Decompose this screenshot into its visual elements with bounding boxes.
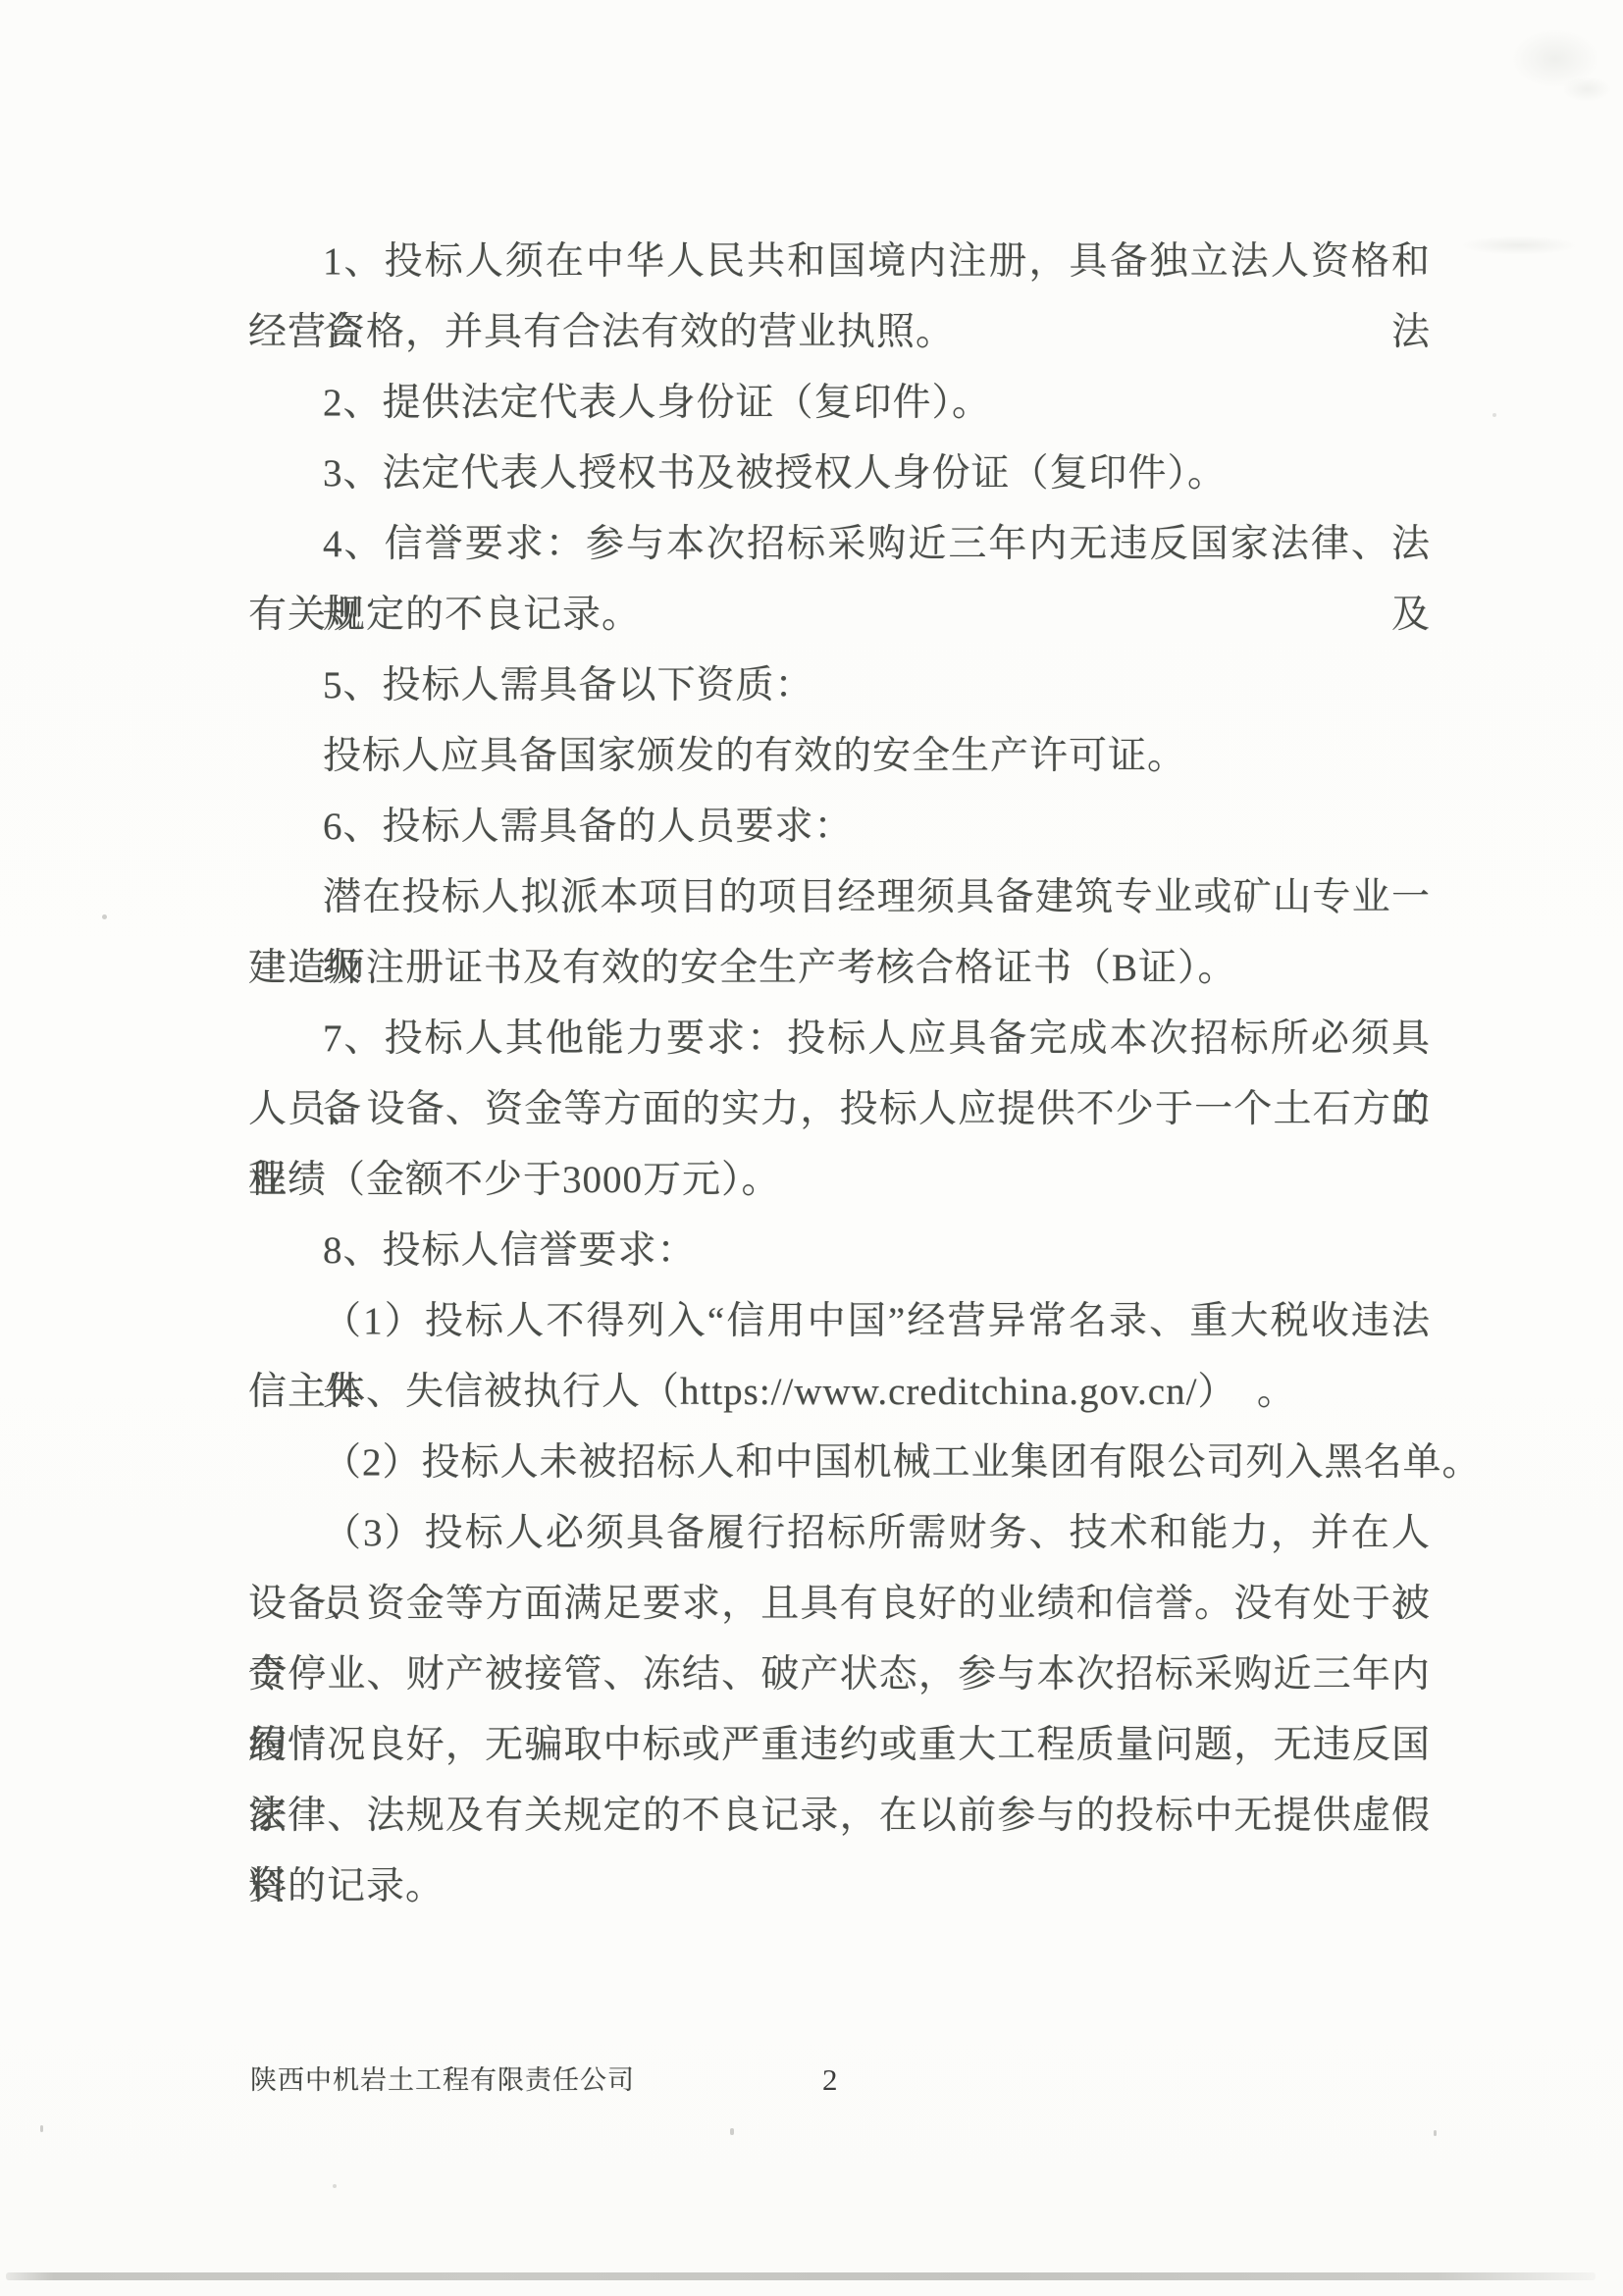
scan-speck [730,2128,734,2135]
text-line: （2）投标人未被招标人和中国机械工业集团有限公司列入黑名单。 [248,1428,1431,1498]
text-line: 令停业、财产被接管、冻结、破产状态，参与本次招标采购近三年内履 [248,1640,1431,1710]
document-body: 1、投标人须在中华人民共和国境内注册，具备独立法人资格和合法 经营资格，并具有合… [248,227,1431,1922]
page-footer: 陕西中机岩土工程有限责任公司 2 [0,2059,1623,2102]
footer-company-name: 陕西中机岩土工程有限责任公司 [250,2059,635,2102]
text-line: 5、投标人需具备以下资质： [248,651,1431,721]
scan-artifact-bottom-bar [6,2272,1596,2280]
text-line: 4、信誉要求：参与本次招标采购近三年内无违反国家法律、法规及 [248,509,1431,580]
text-line: 建造师注册证书及有效的安全生产考核合格证书（B证）。 [248,933,1431,1004]
scan-speck [40,2125,43,2132]
text-line: 料的记录。 [248,1852,1431,1922]
text-line: 信主体、失信被执行人（https://www.creditchina.gov.c… [248,1357,1431,1428]
text-line: 1、投标人须在中华人民共和国境内注册，具备独立法人资格和合法 [248,227,1431,297]
text-line: 投标人应具备国家颁发的有效的安全生产许可证。 [248,721,1431,792]
scan-speck [102,914,107,919]
scan-speck [333,2184,337,2188]
text-line: （3）投标人必须具备履行招标所需财务、技术和能力，并在人员、 [248,1498,1431,1569]
scan-smudge [1460,235,1578,255]
text-line: 约情况良好，无骗取中标或严重违约或重大工程质量问题，无违反国家 [248,1710,1431,1781]
text-line: 2、提供法定代表人身份证（复印件）。 [248,368,1431,439]
text-line: 设备、资金等方面满足要求，且具有良好的业绩和信誉。没有处于被责 [248,1569,1431,1640]
scanned-document-page: 1、投标人须在中华人民共和国境内注册，具备独立法人资格和合法 经营资格，并具有合… [0,0,1623,2296]
text-line: 业绩（金额不少于3000万元）。 [248,1145,1431,1216]
scan-speck [1492,413,1496,417]
text-line: 3、法定代表人授权书及被授权人身份证（复印件）。 [248,439,1431,509]
text-line: 7、投标人其他能力要求：投标人应具备完成本次招标所必须具备的 [248,1004,1431,1074]
text-line: 6、投标人需具备的人员要求： [248,792,1431,862]
text-line: 潜在投标人拟派本项目的项目经理须具备建筑专业或矿山专业一级 [248,862,1431,933]
text-line: （1）投标人不得列入“信用中国”经营异常名录、重大税收违法失 [248,1286,1431,1357]
page-number: 2 [822,2059,838,2102]
text-line: 8、投标人信誉要求： [248,1216,1431,1286]
scan-smudge [1562,77,1611,102]
scan-speck [1434,2130,1437,2136]
text-line: 人员、设备、资金等方面的实力，投标人应提供不少于一个土石方工程 [248,1074,1431,1145]
text-line: 法律、法规及有关规定的不良记录，在以前参与的投标中无提供虚假资 [248,1781,1431,1852]
